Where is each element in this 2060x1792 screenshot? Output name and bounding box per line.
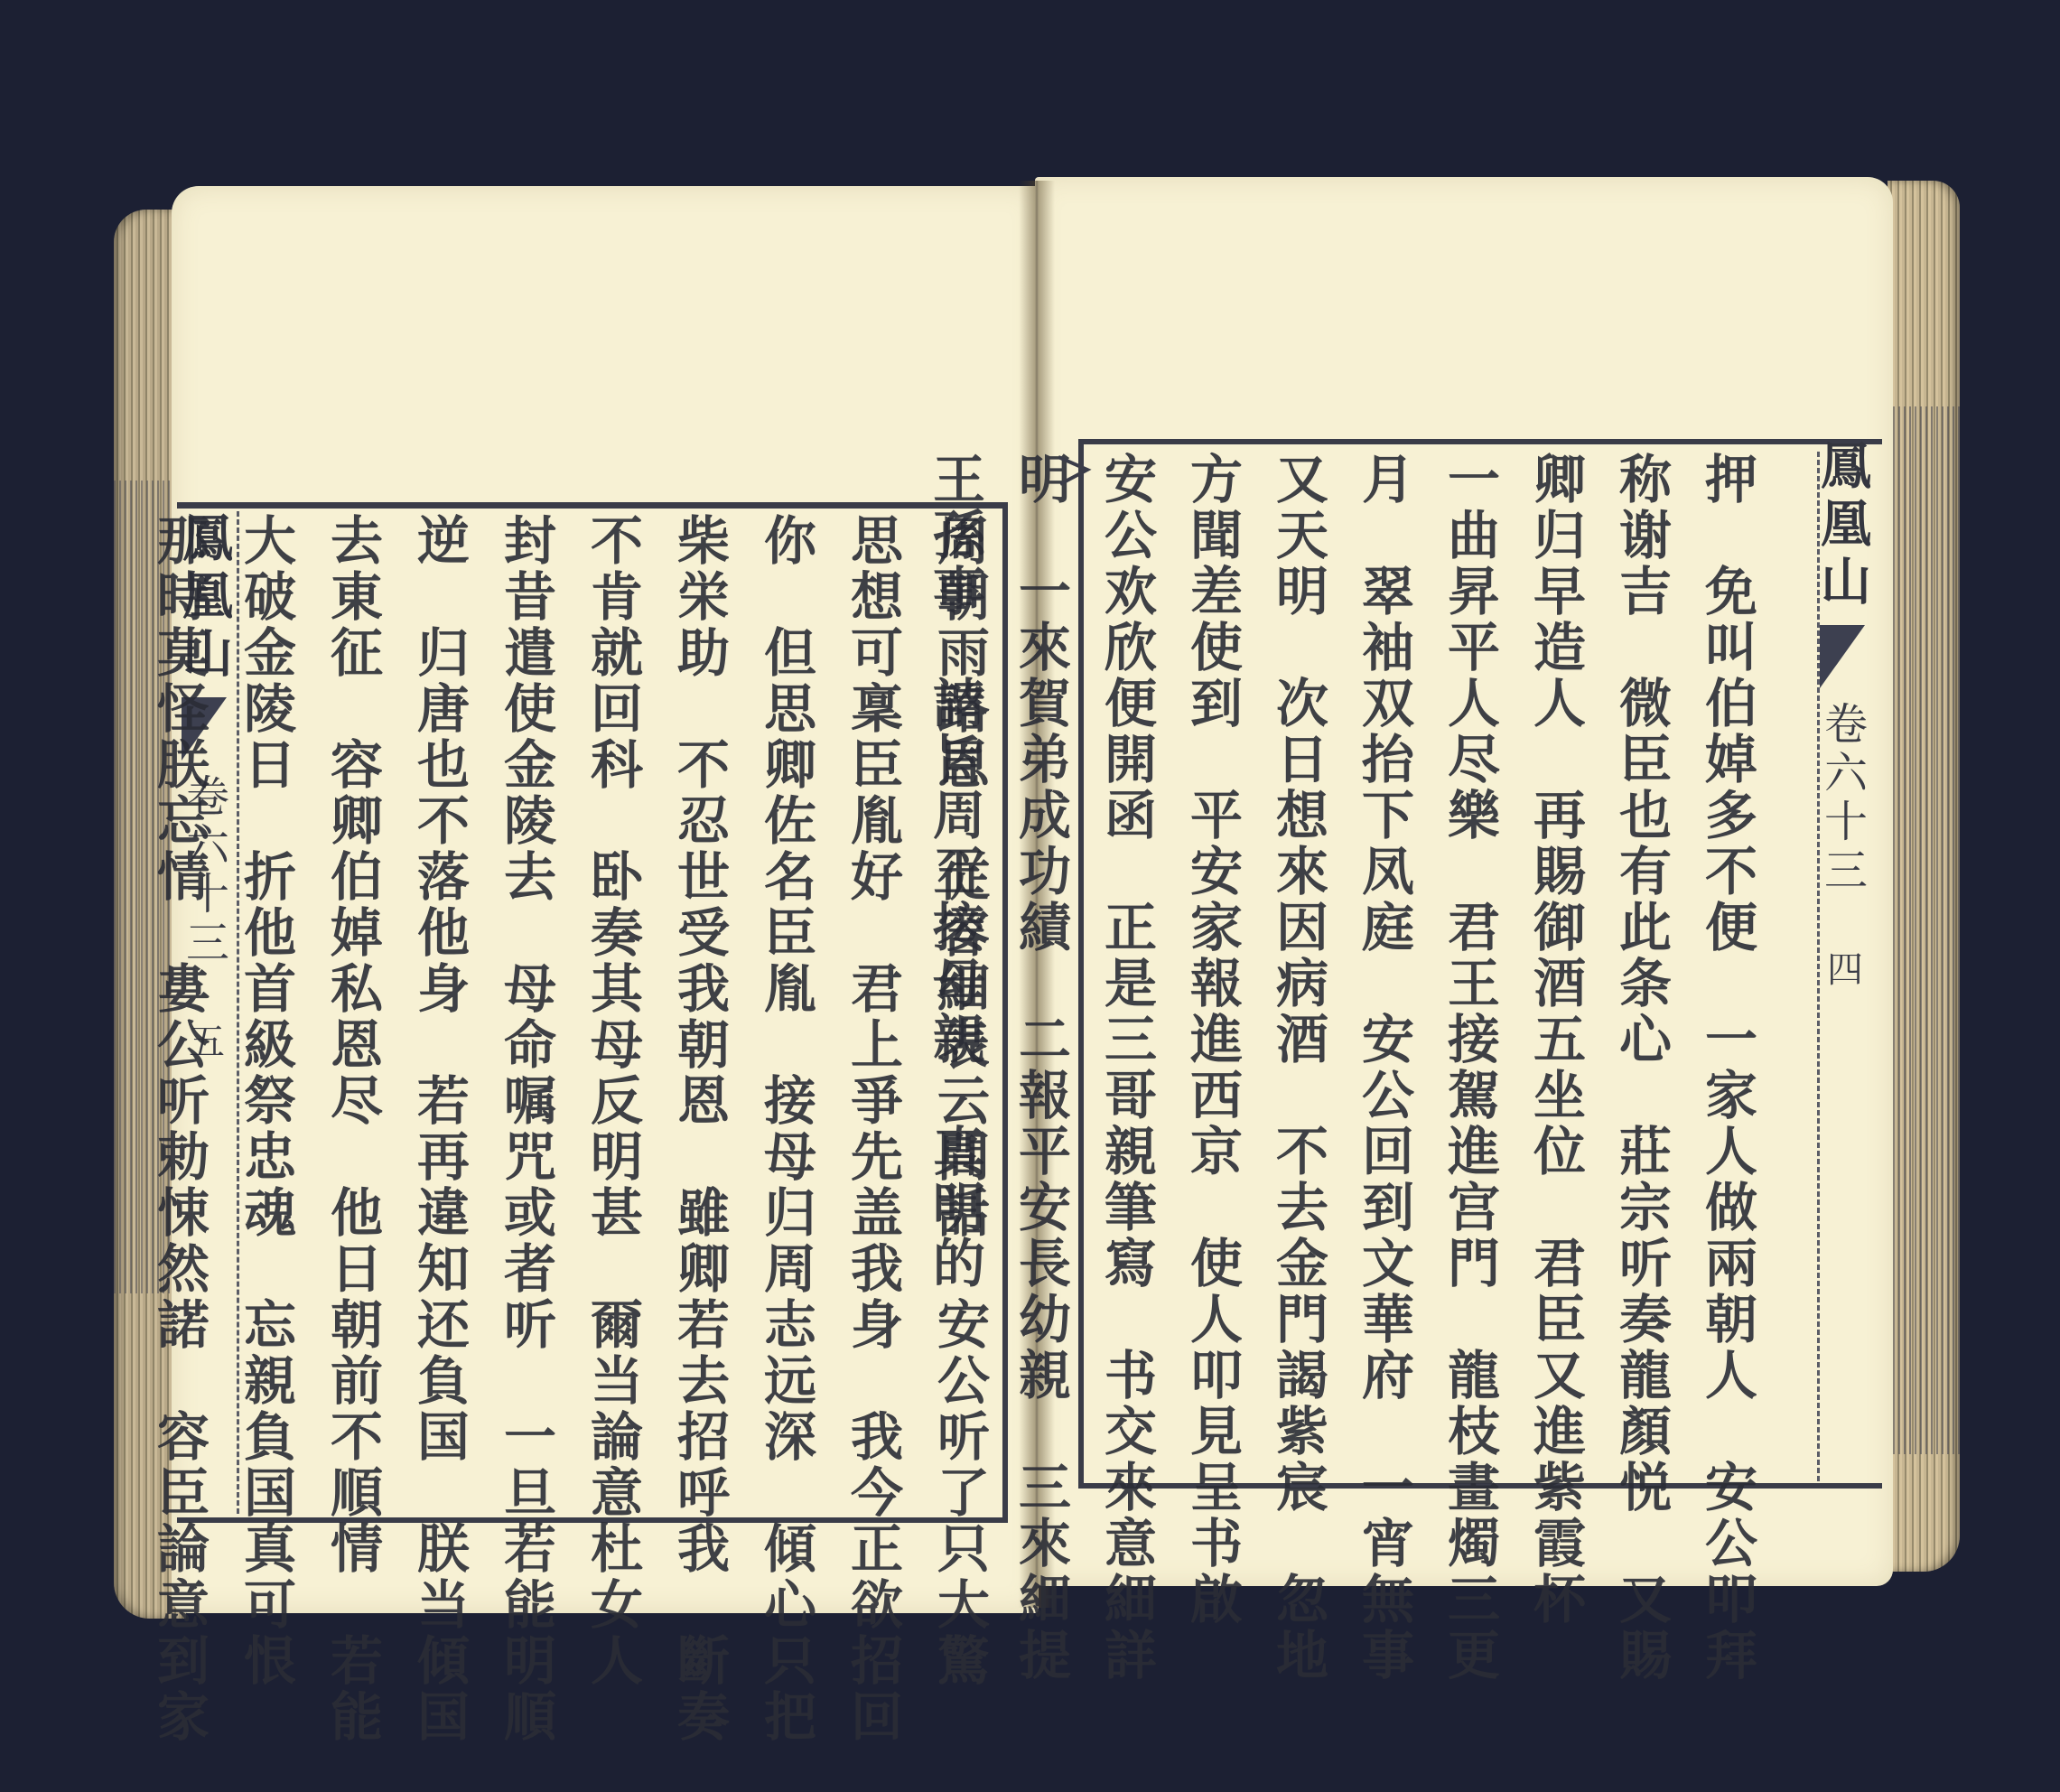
volume-label: 卷六十三: [1812, 701, 1874, 896]
leaf-number: 四: [1817, 950, 1869, 986]
right-page-text: 押 免叫伯婥多不便 一家人做兩朝人 安公叩拜 称谢吉 微臣也有此条心 莊宗听奏龍…: [1084, 452, 1770, 1472]
text-column: 卿归早造人 再賜御酒五坐位 君臣又進紫霞杯: [1513, 452, 1599, 1472]
right-page-banxin: 鳳凰山 卷六十三 四: [1815, 439, 1869, 1478]
right-page-stack: [1888, 181, 1960, 1572]
bookmark-thread-icon: [1057, 452, 1093, 488]
fishtail-mark-icon: [1820, 625, 1865, 688]
text-column: 月 翠袖双抬下凤庭 安公回到文華府 一宵無事: [1341, 452, 1427, 1472]
text-column: 称谢吉 微臣也有此条心 莊宗听奏龍顏悦 又賜: [1599, 452, 1684, 1472]
text-column: 方聞差使到 平安家報進西京 使人叩見呈书啟: [1170, 452, 1255, 1472]
text-column: 大破金陵日 折他首級祭忠魂 忘親負国真可恨: [222, 513, 309, 1516]
text-column: 那時莫怪朕忘情 婁公听勅悚然諾 容臣論意到家: [135, 513, 222, 1516]
text-column: 一曲昇平人尽樂 君王接駕進宫門 龍枝畫燭三更: [1427, 452, 1513, 1472]
text-column: 王孫事 請旨周王接母親 真明的: [912, 452, 998, 1472]
text-column: 又天明 次日想來因病酒 不去金門謁紫宸 忽地: [1255, 452, 1341, 1472]
text-column: 押 免叫伯婥多不便 一家人做兩朝人 安公叩拜: [1684, 452, 1770, 1472]
text-column: 思想可稟臣胤好 君上爭先盖我身 我今正欲招回: [829, 513, 916, 1516]
book-title: 鳳凰山: [1806, 439, 1878, 612]
text-column: 逆 归唐也不落他身 若再違知还負国 朕当傾国: [396, 513, 482, 1516]
left-page-text: 周朝雨路恩 従容細表云間話 安公听了只大驚 思想可稟臣胤好 君上爭先盖我身 我今…: [217, 513, 1002, 1516]
text-column: 明 一來賀弟成功績 二報平安長幼親 三來細提: [998, 452, 1084, 1472]
text-column: 柴栄助 不忍世受我朝恩 雖卿若去招呼我 斷奏: [656, 513, 742, 1516]
text-column: 不肯就回科 卧奏其母反明甚 爾当論意杜女人: [569, 513, 656, 1516]
text-column: 封昔遣使金陵去 母命嘱咒或者听 一旦若能明順: [482, 513, 569, 1516]
open-book: 鳳凰山 卷六十三 五 周朝雨路恩 従容細表云間話 安公听了只大驚 思想可稟臣胤好…: [0, 0, 2060, 1792]
text-column: 安公欢欣便開函 正是三哥親筆寫 书交來意細詳: [1084, 452, 1170, 1472]
text-column: 去東征 容卿伯婥私恩尽 他日朝前不順情 若能: [309, 513, 396, 1516]
text-column: 你 但思卿佐名臣胤 接母归周志远深 傾心只把: [742, 513, 829, 1516]
